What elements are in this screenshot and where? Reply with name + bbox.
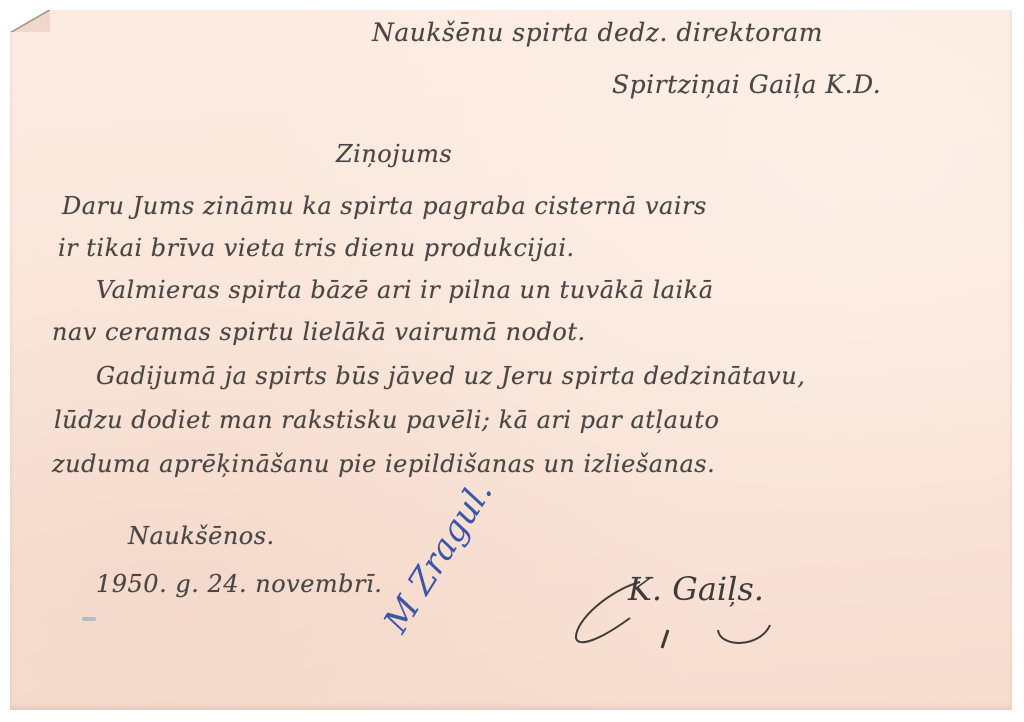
body-line: lūdzu dodiet man rakstisku pavēli; kā ar… xyxy=(54,406,719,434)
document-title: Ziņojums xyxy=(336,140,452,168)
addressee-line-1: Naukšēnu spirta dedz. direktoram xyxy=(372,18,823,47)
place-line: Naukšēnos. xyxy=(128,522,275,550)
date-line: 1950. g. 24. novembrī. xyxy=(96,570,382,598)
body-line: ir tikai brīva vieta tris dienu produkci… xyxy=(58,234,575,262)
body-line: Gadijumā ja spirts būs jāved uz Jeru spi… xyxy=(96,362,805,390)
pencil-signature: K. Gaiļs. xyxy=(628,570,764,608)
addressee-line-2: Spirtziņai Gaiļa K.D. xyxy=(612,70,881,99)
body-line: Daru Jums zināmu ka spirta pagraba ciste… xyxy=(62,192,707,220)
ink-smudge xyxy=(82,617,96,621)
body-line: zuduma aprēķināšanu pie iepildišanas un … xyxy=(52,450,715,478)
body-line: Valmieras spirta bāzē ari ir pilna un tu… xyxy=(96,276,714,304)
letter-paper xyxy=(10,10,1012,710)
folded-corner xyxy=(10,10,50,32)
body-line: nav ceramas spirtu lielākā vairumā nodot… xyxy=(52,318,586,346)
